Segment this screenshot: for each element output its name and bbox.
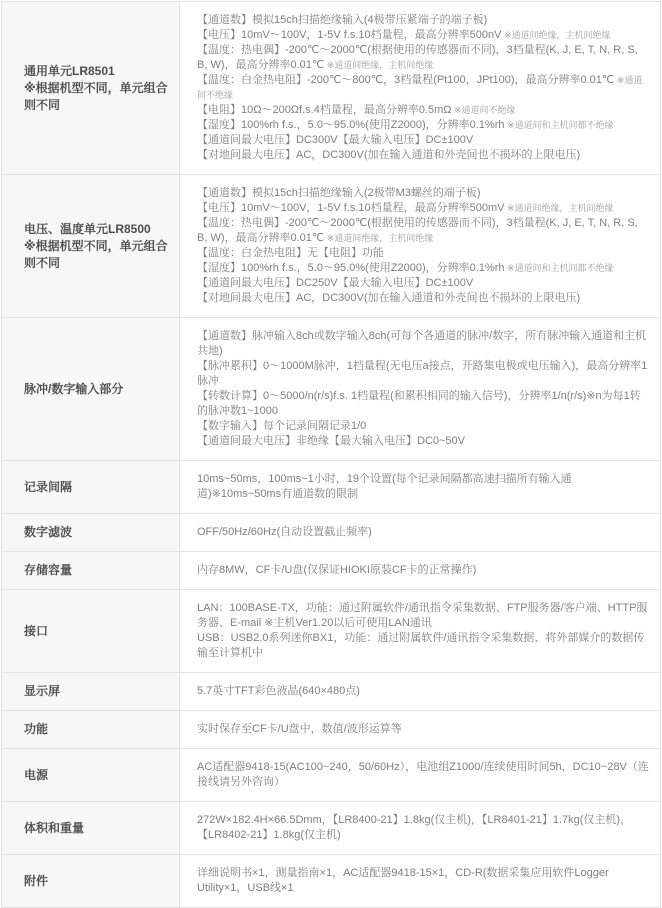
row-content: 10ms~50ms，100ms~1小时，19个设置(每个记录间隔都高速扫描所有输… <box>180 461 660 513</box>
spec-line: 10ms~50ms，100ms~1小时，19个设置(每个记录间隔都高速扫描所有输… <box>197 472 650 502</box>
spec-line: 【对地间最大电压】AC，DC300V(加在输入通道和外壳间也不损坏的上限电压) <box>197 148 650 163</box>
row-label-title: 体积和重量 <box>24 820 169 837</box>
spec-line: 【通道间最大电压】非绝缘【最大输入电压】DC0~50V <box>197 434 650 449</box>
row-label-cell: 脉冲/数字输入部分 <box>2 318 180 460</box>
spec-line: 【湿度】100%rh f.s.，5.0～95.0%(使用Z2000)，分辨率0.… <box>197 118 650 133</box>
table-row: 记录间隔 10ms~50ms，100ms~1小时，19个设置(每个记录间隔都高速… <box>2 461 660 514</box>
row-label-cell: 接口 <box>2 590 180 672</box>
spec-line: 【温度：热电偶】-200℃～2000℃(根据使用的传感器而不同)，3档量程(K,… <box>197 216 650 246</box>
row-label-cell: 附件 <box>2 855 180 907</box>
row-label-title: 数字滤波 <box>24 524 169 541</box>
spec-text: 【对地间最大电压】AC，DC300V(加在输入通道和外壳间也不损坏的上限电压) <box>197 292 580 304</box>
row-content: 实时保存至CF卡/U盘中，数值/波形运算等 <box>180 711 660 748</box>
table-row: 显示屏 5.7英寸TFT彩色液晶(640×480点) <box>2 673 660 711</box>
spec-line: 【湿度】100%rh f.s.，5.0～95.0%(使用Z2000)，分辨率0.… <box>197 261 650 276</box>
spec-line: 【通道间最大电压】DC300V【最大输入电压】DC±100V <box>197 133 650 148</box>
spec-line: OFF/50Hz/60Hz(自动设置截止频率) <box>197 525 650 540</box>
row-content: 【通道数】模拟15ch扫描绝缘输入(2极带M3螺丝的端子板)【电压】10mV～1… <box>180 175 660 317</box>
spec-text: 5.7英寸TFT彩色液晶(640×480点) <box>197 685 360 697</box>
table-row: 附件 详细说明书×1，测量指南×1，AC适配器9418-15×1，CD-R(数据… <box>2 855 660 908</box>
table-row: 数字滤波 OFF/50Hz/60Hz(自动设置截止频率) <box>2 514 660 552</box>
spec-note: ※通道间不绝缘 <box>452 105 516 115</box>
row-label-title: 脉冲/数字输入部分 <box>24 381 169 398</box>
row-label-title: 记录间隔 <box>24 479 169 496</box>
row-label-title: 附件 <box>24 873 169 890</box>
row-label-title: 存储容量 <box>24 562 169 579</box>
table-row: 接口 LAN：100BASE-TX，功能：通过附属软件/通讯指令采集数据、FTP… <box>2 590 660 673</box>
spec-line: 【通道数】模拟15ch扫描绝缘输入(2极带M3螺丝的端子板) <box>197 186 650 201</box>
spec-text: 【通道间最大电压】DC300V【最大输入电压】DC±100V <box>197 134 473 146</box>
spec-text: 【数字输入】每个记录间隔记录1/0 <box>197 420 366 432</box>
spec-text: 【通道数】模拟15ch扫描绝缘输入(2极带M3螺丝的端子板) <box>197 187 481 199</box>
row-content: 内存8MW，CF卡/U盘(仅保证HIOKI原装CF卡的正常操作) <box>180 552 660 589</box>
spec-line: 【温度：热电偶】-200℃～2000℃(根据使用的传感器而不同)，3档量程(K,… <box>197 43 650 73</box>
spec-text: OFF/50Hz/60Hz(自动设置截止频率) <box>197 526 372 538</box>
table-row: 存储容量 内存8MW，CF卡/U盘(仅保证HIOKI原装CF卡的正常操作) <box>2 552 660 590</box>
row-label-note: ※根据机型不同，单元组合则不同 <box>24 80 169 114</box>
spec-line: 【温度：白金热电阻】无【电阻】功能 <box>197 246 650 261</box>
row-content: 【通道数】模拟15ch扫描绝缘输入(4极带压紧端子的端子板)【电压】10mV～1… <box>180 2 660 174</box>
spec-text: AC适配器9418-15(AC100~240，50/60Hz），电池组Z1000… <box>197 761 649 788</box>
spec-line: 272W×182.4H×66.5Dmm，【LR8400-21】1.8kg(仅主机… <box>197 813 650 843</box>
spec-text: 【电压】10mV～100V，1-5V f.s.10档量程，最高分辨率500mV <box>197 202 504 214</box>
spec-text: 【通道数】脉冲输入8ch或数字输入8ch(可每个各通道的脉冲/数字，所有脉冲输入… <box>197 330 646 357</box>
spec-text: 10ms~50ms，100ms~1小时，19个设置(每个记录间隔都高速扫描所有输… <box>197 473 572 500</box>
spec-line: 【转数计算】0～5000/n(r/s)f.s. 1档量程(和累积相同的输入信号)… <box>197 389 650 419</box>
row-label-cell: 显示屏 <box>2 673 180 710</box>
spec-text: 【通道间最大电压】非绝缘【最大输入电压】DC0~50V <box>197 435 465 447</box>
spec-text: 【电压】10mV～100V，1-5V f.s.10档量程，最高分辨率500nV <box>197 29 501 41</box>
row-label-title: 通用单元LR8501 <box>24 63 169 80</box>
spec-table: 通用单元LR8501 ※根据机型不同，单元组合则不同 【通道数】模拟15ch扫描… <box>1 1 661 908</box>
spec-text: USB：USB2.0系列迷你BX1，功能：通过附属软件/通讯指令采集数据、将外部… <box>197 632 644 659</box>
spec-text: 【温度：白金热电阻】-200℃～800℃，3档量程(Pt100，JPt100)，… <box>197 74 614 86</box>
table-row: 通用单元LR8501 ※根据机型不同，单元组合则不同 【通道数】模拟15ch扫描… <box>2 2 660 175</box>
spec-text: 【通道间最大电压】DC250V【最大输入电压】DC±100V <box>197 277 473 289</box>
spec-text: 【转数计算】0～5000/n(r/s)f.s. 1档量程(和累积相同的输入信号)… <box>197 390 641 417</box>
row-label-cell: 数字滤波 <box>2 514 180 551</box>
spec-line: LAN：100BASE-TX，功能：通过附属软件/通讯指令采集数据、FTP服务器… <box>197 601 650 631</box>
table-row: 脉冲/数字输入部分 【通道数】脉冲输入8ch或数字输入8ch(可每个各通道的脉冲… <box>2 318 660 461</box>
spec-text: 【通道数】模拟15ch扫描绝缘输入(4极带压紧端子的端子板) <box>197 14 487 26</box>
spec-text: LAN：100BASE-TX，功能：通过附属软件/通讯指令采集数据、FTP服务器… <box>197 602 647 629</box>
spec-text: 【脉冲累积】0～1000M脉冲，1档量程(无电压a接点，开路集电极或电压输入)，… <box>197 360 647 387</box>
row-content: 5.7英寸TFT彩色液晶(640×480点) <box>180 673 660 710</box>
spec-note: ※通道间绝缘，主机间绝缘 <box>324 233 433 243</box>
row-content: LAN：100BASE-TX，功能：通过附属软件/通讯指令采集数据、FTP服务器… <box>180 590 660 672</box>
row-content: 272W×182.4H×66.5Dmm，【LR8400-21】1.8kg(仅主机… <box>180 802 660 854</box>
row-label-cell: 体积和重量 <box>2 802 180 854</box>
spec-line: USB：USB2.0系列迷你BX1，功能：通过附属软件/通讯指令采集数据、将外部… <box>197 631 650 661</box>
spec-line: 【温度：白金热电阻】-200℃～800℃，3档量程(Pt100，JPt100)，… <box>197 73 650 103</box>
row-content: AC适配器9418-15(AC100~240，50/60Hz），电池组Z1000… <box>180 749 660 801</box>
spec-line: 【通道间最大电压】DC250V【最大输入电压】DC±100V <box>197 276 650 291</box>
spec-text: 详细说明书×1，测量指南×1，AC适配器9418-15×1，CD-R(数据采集应… <box>197 867 609 894</box>
row-label-title: 显示屏 <box>24 683 169 700</box>
row-content: 详细说明书×1，测量指南×1，AC适配器9418-15×1，CD-R(数据采集应… <box>180 855 660 907</box>
spec-note: ※通道间和主机间都不绝缘 <box>505 263 614 273</box>
spec-note: ※通道间绝缘，主机间绝缘 <box>324 60 433 70</box>
spec-line: 【电阻】10Ω～200Ωf.s.4档量程，最高分辨率0.5mΩ ※通道间不绝缘 <box>197 103 650 118</box>
row-label-cell: 存储容量 <box>2 552 180 589</box>
spec-line: 【对地间最大电压】AC，DC300V(加在输入通道和外壳间也不损坏的上限电压) <box>197 291 650 306</box>
row-label-title: 电压、温度单元LR8500 <box>24 221 169 238</box>
spec-line: 【通道数】脉冲输入8ch或数字输入8ch(可每个各通道的脉冲/数字，所有脉冲输入… <box>197 329 650 359</box>
row-label-cell: 电源 <box>2 749 180 801</box>
table-row: 电源 AC适配器9418-15(AC100~240，50/60Hz），电池组Z1… <box>2 749 660 802</box>
spec-line: 5.7英寸TFT彩色液晶(640×480点) <box>197 684 650 699</box>
spec-note: ※通道间和主机间都不绝缘 <box>505 120 614 130</box>
spec-line: 【电压】10mV～100V，1-5V f.s.10档量程，最高分辨率500mV … <box>197 201 650 216</box>
spec-text: 【温度：白金热电阻】无【电阻】功能 <box>197 247 384 259</box>
spec-line: AC适配器9418-15(AC100~240，50/60Hz），电池组Z1000… <box>197 760 650 790</box>
table-row: 体积和重量 272W×182.4H×66.5Dmm，【LR8400-21】1.8… <box>2 802 660 855</box>
spec-line: 【数字输入】每个记录间隔记录1/0 <box>197 419 650 434</box>
spec-note: ※通道间绝缘，主机间绝缘 <box>501 30 610 40</box>
row-label-title: 功能 <box>24 721 169 738</box>
row-content: OFF/50Hz/60Hz(自动设置截止频率) <box>180 514 660 551</box>
row-label-title: 接口 <box>24 623 169 640</box>
spec-text: 实时保存至CF卡/U盘中，数值/波形运算等 <box>197 723 402 735</box>
spec-line: 【电压】10mV～100V，1-5V f.s.10档量程，最高分辨率500nV … <box>197 28 650 43</box>
row-label-cell: 通用单元LR8501 ※根据机型不同，单元组合则不同 <box>2 2 180 174</box>
spec-text: 【湿度】100%rh f.s.，5.0～95.0%(使用Z2000)，分辨率0.… <box>197 262 505 274</box>
spec-text: 【电阻】10Ω～200Ωf.s.4档量程，最高分辨率0.5mΩ <box>197 104 452 116</box>
spec-line: 【通道数】模拟15ch扫描绝缘输入(4极带压紧端子的端子板) <box>197 13 650 28</box>
spec-text: 【湿度】100%rh f.s.，5.0～95.0%(使用Z2000)，分辨率0.… <box>197 119 505 131</box>
spec-text: 内存8MW，CF卡/U盘(仅保证HIOKI原装CF卡的正常操作) <box>197 564 476 576</box>
spec-line: 内存8MW，CF卡/U盘(仅保证HIOKI原装CF卡的正常操作) <box>197 563 650 578</box>
spec-line: 实时保存至CF卡/U盘中，数值/波形运算等 <box>197 722 650 737</box>
row-label-note: ※根据机型不同，单元组合则不同 <box>24 238 169 272</box>
table-row: 功能 实时保存至CF卡/U盘中，数值/波形运算等 <box>2 711 660 749</box>
row-label-cell: 功能 <box>2 711 180 748</box>
row-label-cell: 电压、温度单元LR8500 ※根据机型不同，单元组合则不同 <box>2 175 180 317</box>
spec-line: 【脉冲累积】0～1000M脉冲，1档量程(无电压a接点，开路集电极或电压输入)，… <box>197 359 650 389</box>
row-label-title: 电源 <box>24 767 169 784</box>
row-content: 【通道数】脉冲输入8ch或数字输入8ch(可每个各通道的脉冲/数字，所有脉冲输入… <box>180 318 660 460</box>
spec-note: ※通道间绝缘，主机间绝缘 <box>504 203 613 213</box>
table-row: 电压、温度单元LR8500 ※根据机型不同，单元组合则不同 【通道数】模拟15c… <box>2 175 660 318</box>
spec-line: 详细说明书×1，测量指南×1，AC适配器9418-15×1，CD-R(数据采集应… <box>197 866 650 896</box>
row-label-cell: 记录间隔 <box>2 461 180 513</box>
spec-text: 272W×182.4H×66.5Dmm，【LR8400-21】1.8kg(仅主机… <box>197 814 631 841</box>
spec-text: 【对地间最大电压】AC，DC300V(加在输入通道和外壳间也不损坏的上限电压) <box>197 149 580 161</box>
